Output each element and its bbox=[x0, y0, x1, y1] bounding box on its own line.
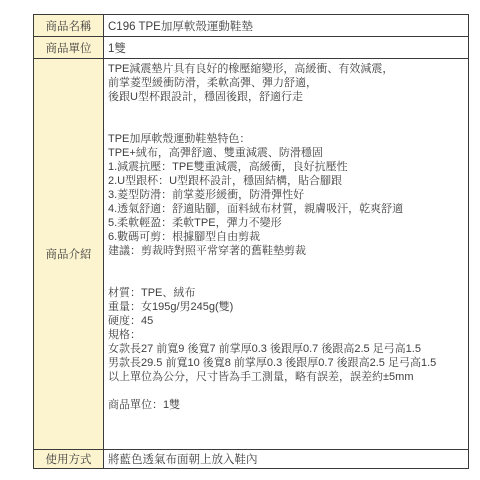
usage-value: 將藍色透氣布面朝上放入鞋內 bbox=[104, 450, 469, 469]
product-intro-text: TPE減震墊片具有良好的橡壓縮變形，高緩衝、有效減震， 前掌菱型緩衝防滑，柔軟高… bbox=[104, 59, 469, 450]
usage-label: 使用方式 bbox=[34, 450, 104, 469]
table-row-product-unit: 商品單位 1雙 bbox=[34, 37, 469, 59]
product-unit-value: 1雙 bbox=[104, 37, 469, 59]
product-info-table: 商品名稱 C196 TPE加厚軟殼運動鞋墊 商品單位 1雙 商品介紹 TPE減震… bbox=[33, 14, 469, 469]
table-row-product-intro: 商品介紹 TPE減震墊片具有良好的橡壓縮變形，高緩衝、有效減震， 前掌菱型緩衝防… bbox=[34, 59, 469, 450]
table-row-usage: 使用方式 將藍色透氣布面朝上放入鞋內 bbox=[34, 450, 469, 469]
table-row-product-name: 商品名稱 C196 TPE加厚軟殼運動鞋墊 bbox=[34, 15, 469, 37]
product-name-value: C196 TPE加厚軟殼運動鞋墊 bbox=[104, 15, 469, 37]
product-detail-page: 商品名稱 C196 TPE加厚軟殼運動鞋墊 商品單位 1雙 商品介紹 TPE減震… bbox=[0, 0, 480, 480]
product-name-label: 商品名稱 bbox=[34, 15, 104, 37]
product-unit-label: 商品單位 bbox=[34, 37, 104, 59]
product-intro-label: 商品介紹 bbox=[34, 59, 104, 450]
